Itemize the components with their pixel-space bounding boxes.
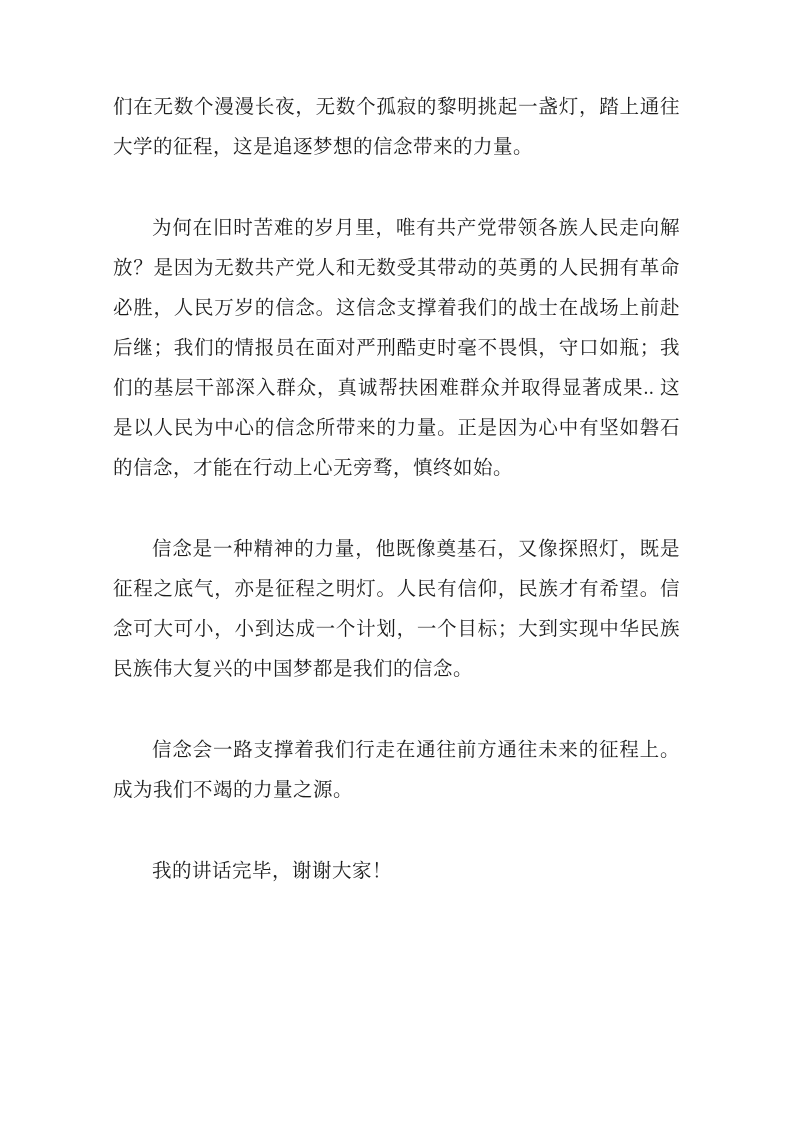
document-page: 们在无数个漫漫长夜，无数个孤寂的黎明挑起一盏灯，踏上通往大学的征程，这是追逐梦想… [0,0,793,1122]
paragraph: 我的讲话完毕，谢谢大家！ [113,852,680,892]
paragraph: 信念会一路支撑着我们行走在通往前方通往未来的征程上。成为我们不竭的力量之源。 [113,731,680,811]
paragraph: 信念是一种精神的力量，他既像奠基石，又像探照灯，既是征程之底气，亦是征程之明灯。… [113,530,680,690]
paragraph: 们在无数个漫漫长夜，无数个孤寂的黎明挑起一盏灯，踏上通往大学的征程，这是追逐梦想… [113,88,680,168]
paragraph: 为何在旧时苦难的岁月里，唯有共产党带领各族人民走向解放？是因为无数共产党人和无数… [113,209,680,489]
document-text-block: 们在无数个漫漫长夜，无数个孤寂的黎明挑起一盏灯，踏上通往大学的征程，这是追逐梦想… [113,88,680,933]
